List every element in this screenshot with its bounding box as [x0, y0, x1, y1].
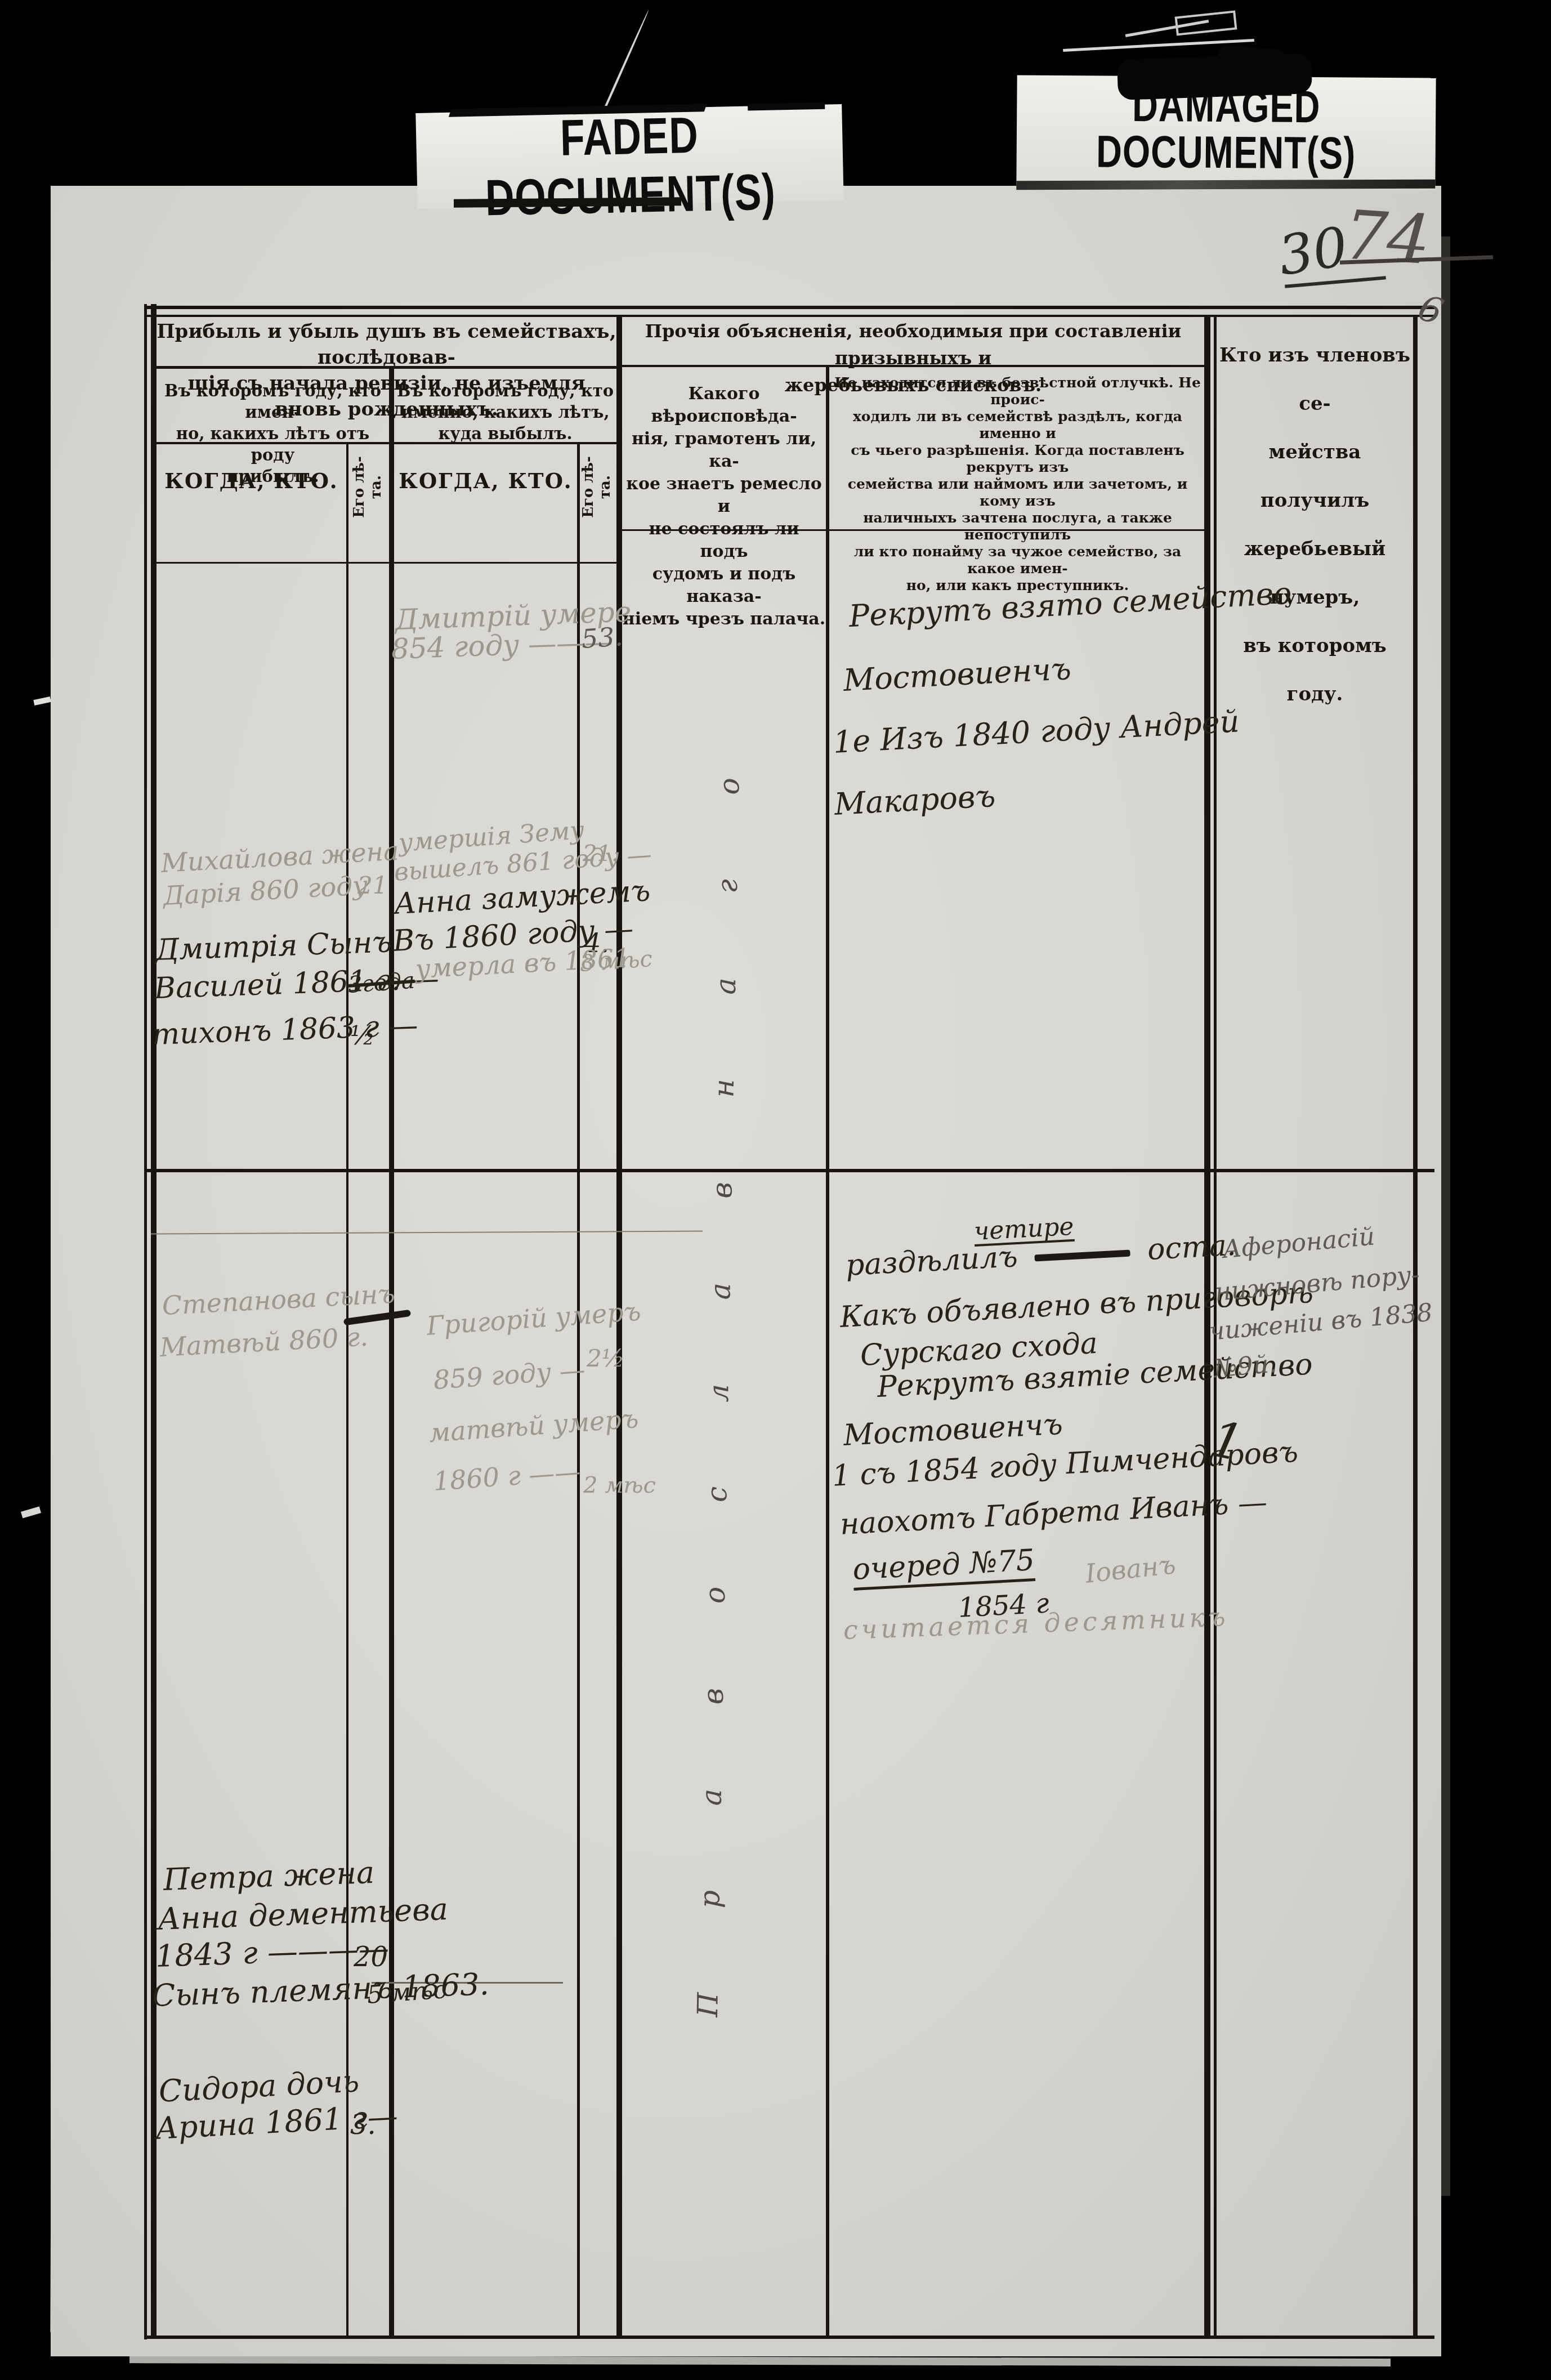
spine-tick-icon: [33, 696, 51, 705]
entry-r4-age1: 20: [354, 1944, 388, 1971]
damaged-label-line2: DOCUMENT(S): [1025, 124, 1427, 180]
header-line: мейства получилъ: [1217, 428, 1413, 525]
crossed-out-number: 74: [1342, 202, 1433, 275]
header-age-arrived: Его лѣ-та.: [346, 442, 389, 532]
header-col-notes: Не находится ли въ безвѣстной отлучкѣ. Н…: [833, 374, 1202, 594]
entry-r3-notes-line: Мостовиенчъ: [843, 1410, 1063, 1450]
header-age-departed: Его лѣ-та.: [577, 442, 616, 532]
entry-r3-notes-faded-line: считается десятникъ: [843, 1604, 1229, 1643]
entry-r1-notes-line: Макаровъ: [834, 781, 996, 820]
entry-r2-arrived-line: Дмитрія Сынъ: [155, 927, 392, 965]
entry-vertical-faith: Православнаго: [694, 553, 747, 2017]
entry-r2-departed-faded-age: 21.: [583, 842, 619, 865]
entry-r3-departed-faded-line: 1860 г ——: [432, 1458, 581, 1494]
entry-r2-arrived-faded-age: 21: [357, 874, 387, 897]
entry-r3-arrived-faded-line: Степанова сынъ: [162, 1280, 396, 1319]
table-border-bottom: [144, 2336, 1434, 2339]
black-blob-icon: [1217, 45, 1286, 74]
entry-r3-notes-line: наохотъ Габрета Иванъ —: [839, 1488, 1268, 1539]
entry-r5-arrived-line: Сидора дочь: [158, 2066, 360, 2107]
ink-scribble: [343, 1310, 412, 1326]
scanned-archival-page: { "stamps": { "faded_label": "FADED DOCU…: [0, 0, 1551, 2380]
notes-line1-pre: раздѣлилъ: [844, 1240, 1018, 1283]
rule-col4-left: [826, 366, 829, 2336]
entry-r1-departed-line: 854 году ———: [391, 627, 613, 663]
entry-r1-notes-line: Мостовиенчъ: [843, 654, 1072, 696]
entry-r3-departed-faded-line: Григорій умеръ: [426, 1298, 641, 1338]
entry-r3-departed-faded-line: 859 году —: [432, 1356, 585, 1393]
entry-r3-arrived-faded-line: Матвѣй 860 г.: [159, 1324, 369, 1360]
entry-r2-age-crossed: 3года: [347, 970, 415, 997]
entry-r3-notes-numerator: очеред №75: [852, 1546, 1035, 1591]
entry-r3-lot-line: №9й.: [1213, 1351, 1277, 1382]
entry-r3-lot-line: Аферонасій: [1222, 1224, 1376, 1262]
entry-r3-departed-age2: 2 мѣс: [583, 1474, 656, 1497]
rule-header-bottom-left: [151, 562, 619, 564]
header-line: Прибыль и убыль душъ въ семействахъ, пос…: [157, 319, 616, 370]
age-label: Его лѣ-та.: [351, 456, 385, 518]
entry-r3-departed-faded-line: матвѣй умеръ: [428, 1405, 639, 1446]
document-page: Прибыль и убыль душъ въ семействахъ, пос…: [51, 186, 1441, 2356]
entry-r4-age2: 5 мѣс: [366, 1977, 448, 2008]
entry-r1-departed-age: 53.: [580, 623, 623, 652]
entry-r2-died-faded-age: 3 мѣс: [579, 948, 654, 975]
rule-age2-left: [577, 444, 580, 2336]
header-group-lot-number: Кто изъ членовъ се- мейства получилъ жер…: [1217, 331, 1413, 718]
entry-r2-arrived-line: тихонъ 1863 г —: [151, 1011, 418, 1050]
header-line: въ которомъ году.: [1217, 622, 1413, 718]
header-line: куда выбылъ.: [394, 423, 616, 444]
entry-r1-notes-line: 1е Изъ 1840 году Андрей: [833, 706, 1240, 758]
header-when-who-departed: КОГДА, КТО.: [394, 468, 577, 493]
entry-r4-arrived-line: Петра жена: [163, 1857, 375, 1895]
page-bottom-edge: [129, 2355, 1391, 2366]
entry-r3-departed-age1: 2½: [587, 1347, 624, 1370]
entry-r3-notes-side-faded: Іованъ: [1084, 1551, 1177, 1587]
rule-age1-left: [346, 444, 348, 2336]
table-border-top-2: [144, 315, 1434, 317]
faded-document-label-text: FADED DOCUMENT(S): [424, 103, 835, 229]
age-label: Его лѣ-та.: [580, 456, 614, 518]
header-line: Въ которомъ году, кто: [394, 380, 616, 401]
table-border-left-outer: [144, 304, 147, 2339]
faded-document-label: FADED DOCUMENT(S): [415, 104, 843, 209]
header-line: Прочія объясненія, необходимыя при соста…: [622, 318, 1204, 372]
header-line: Кто изъ членовъ се-: [1217, 331, 1413, 428]
header-when-who-arrived: КОГДА, КТО.: [157, 468, 346, 493]
table-border-left: [151, 304, 157, 2338]
entry-r3-lot-line: нижновѣ пору-: [1214, 1262, 1420, 1305]
header-col-departed: Въ которомъ году, кто именно, какихъ лѣт…: [394, 380, 616, 444]
white-scribble-icon: [1175, 10, 1237, 35]
label-smudge-icon: [1016, 180, 1435, 190]
header-line: Въ которомъ году, кто имен-: [157, 380, 389, 423]
page-number: 30: [1275, 219, 1351, 283]
spine-tick-icon: [21, 1507, 41, 1519]
entry-r5-age: 3.: [350, 2111, 376, 2138]
header-line: именно, какихъ лѣтъ,: [394, 401, 616, 423]
table-border-top-1: [144, 306, 1434, 309]
row-separator: [144, 1169, 1434, 1172]
entry-r2-age-half: ½: [350, 1022, 376, 1048]
entry-r2-arrived-faded-line: Дарія 860 году: [163, 872, 368, 909]
entry-r4-arrived-line: Анна дементьева: [157, 1894, 449, 1935]
crossed-out-word: [1035, 1249, 1130, 1261]
